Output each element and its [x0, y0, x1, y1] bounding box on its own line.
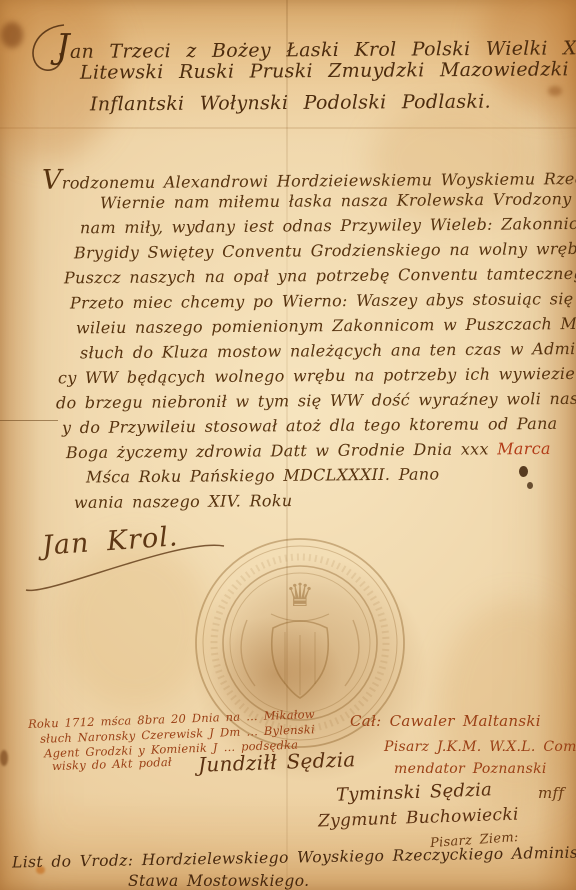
body-line: Wiernie nam miłemu łaska nasza Krolewska… — [100, 191, 576, 212]
docket-line: Stawa Mostowskiego. — [128, 874, 310, 890]
body-line: cy WW będących wolnego wrębu na potrzeby… — [58, 366, 576, 387]
signature-block-line: Cał: Cawaler Maltanski — [350, 714, 541, 729]
date-line-text: Boga życzemy zdrowia Datt w Grodnie Dnia… — [66, 439, 497, 462]
body-line: y do Przywileiu stosował atoż dla tego k… — [62, 416, 558, 436]
official-signature: Jundziłł Sędzia — [198, 749, 356, 774]
ink-blot — [519, 466, 528, 477]
body-line: Vrodzonemu Alexandrowi Hordzieiewskiemu … — [42, 161, 576, 193]
left-edge-crease — [0, 420, 58, 421]
document-page: Jan Trzeci z Bożey Łaski Krol Polski Wie… — [0, 0, 576, 890]
signature-block-line: mendator Poznanski — [394, 762, 547, 776]
body-line: Brygidy Swiętey Conventu Grodzienskiego … — [74, 241, 576, 262]
ink-blot — [0, 750, 8, 766]
date-month-red: Marca — [497, 439, 551, 458]
signature-block-line: Zygmunt Buchowiecki — [318, 807, 519, 831]
body-line: słuch do Kluza mostow należących ana ten… — [80, 341, 576, 362]
body-line: nam miły, wydany iest odnas Przywiley Wi… — [80, 216, 576, 237]
ink-blot — [1, 22, 23, 48]
body-line: wileiu naszego pomienionym Zakonnicom w … — [76, 316, 576, 337]
signature-block-line: mff — [538, 786, 564, 801]
ink-blot — [548, 86, 562, 96]
ink-blot — [527, 482, 533, 489]
crown-icon: ♛ — [286, 576, 315, 614]
header-line: Inflantski Wołynski Podolski Podlaski. — [90, 93, 491, 115]
header-line: Litewski Ruski Pruski Zmuydzki Mazowiedz… — [80, 60, 569, 82]
docket-line: List do Vrodz: Hordzielewskiego Woyskieg… — [12, 845, 576, 871]
signature-block-line: Pisarz J.K.M. W.X.L. Com — [384, 740, 576, 754]
body-line: Przeto miec chcemy po Wierno: Waszey aby… — [70, 290, 576, 311]
body-line: do brzegu niebronił w tym się WW dość wy… — [56, 391, 576, 412]
year-line: Mśca Roku Pańskiego MDCLXXXII. Pano — [86, 466, 440, 485]
body-line: Puszcz naszych na opał yna potrzebę Conv… — [64, 266, 576, 287]
reign-line: wania naszego XIV. Roku — [74, 493, 293, 511]
date-line: Boga życzemy zdrowia Datt w Grodnie Dnia… — [66, 441, 551, 461]
